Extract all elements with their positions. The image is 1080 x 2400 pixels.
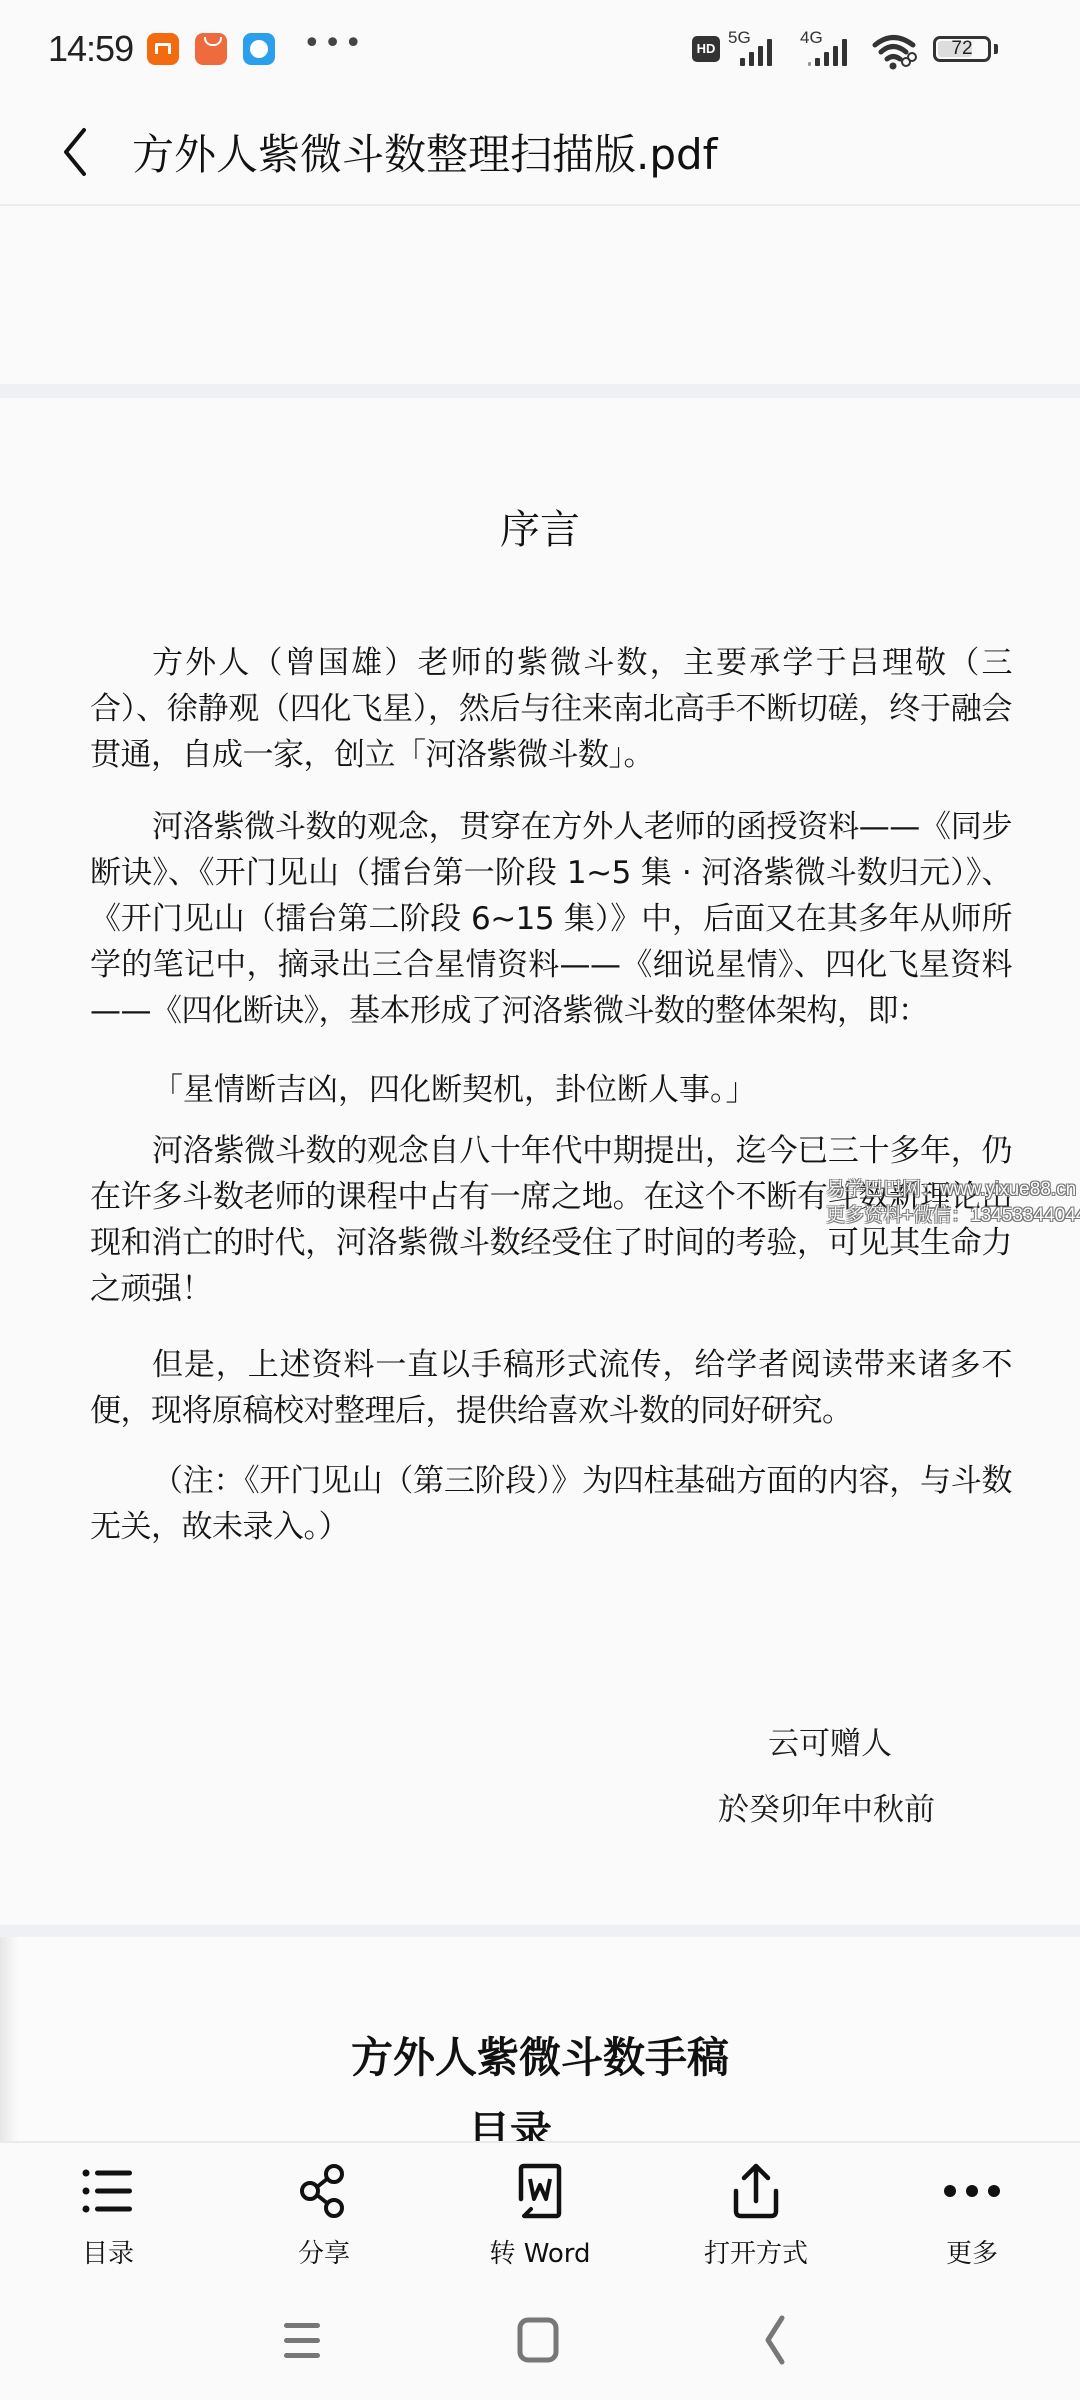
- preface-paragraph-4: 但是，上述资料一直以手稿形式流传，给学者阅读带来诸多不便，现将原稿校对整理后，提…: [90, 1342, 1012, 1434]
- preface-quote: 「星情断吉凶，四化断契机，卦位断人事。」: [152, 1064, 757, 1109]
- mi-app-icon: [147, 33, 179, 65]
- browser-icon: [243, 33, 275, 65]
- page-separator: [0, 1925, 1080, 1937]
- bottom-toolbar: 目录 分享 转 Word 打开方式 更多: [0, 2141, 1080, 2288]
- recents-menu-icon[interactable]: [272, 2310, 332, 2370]
- home-icon[interactable]: [508, 2310, 568, 2370]
- preface-paragraph-1: 方外人（曾国雄）老师的紫微斗数，主要承学于吕理敬（三合）、徐静观（四化飞星），然…: [90, 640, 1012, 778]
- status-icons: HD 5G 4G 72: [680, 28, 1080, 72]
- battery-nub: [994, 44, 998, 54]
- back-nav-icon[interactable]: [744, 2310, 804, 2370]
- list-icon: [80, 2163, 136, 2219]
- watermark-line-2: 更多资料+微信：13453344044: [826, 1200, 1080, 1227]
- system-nav-bar: [0, 2286, 1080, 2400]
- more-label: 更多: [864, 2233, 1080, 2270]
- open-with-icon: [728, 2163, 784, 2219]
- preface-title: 序言: [0, 498, 1080, 555]
- sim2-signal-icon: [808, 38, 847, 66]
- open-with-button[interactable]: 打开方式: [648, 2143, 864, 2288]
- wifi-icon: [872, 32, 918, 72]
- share-button[interactable]: 分享: [216, 2143, 432, 2288]
- signature-date: 於癸卯年中秋前: [718, 1784, 935, 1829]
- status-bar: 14:59 ••• HD 5G 4G 72: [0, 0, 1080, 100]
- clock: 14:59: [48, 28, 133, 70]
- watermark-line-1: 易学巴巴网：www.yixue88.cn: [826, 1174, 1076, 1201]
- signature-author: 云可赠人: [768, 1718, 892, 1763]
- open-with-label: 打开方式: [648, 2233, 864, 2270]
- convert-word-button[interactable]: 转 Word: [432, 2143, 648, 2288]
- more-button[interactable]: 更多: [864, 2143, 1080, 2288]
- more-icon: [942, 2163, 1002, 2219]
- back-arrow-icon[interactable]: [56, 122, 96, 182]
- convert-word-icon: [512, 2163, 568, 2219]
- preface-paragraph-2: 河洛紫微斗数的观念，贯穿在方外人老师的函授资料——《同步断诀》、《开门见山（擂台…: [90, 804, 1012, 1034]
- pdf-page-previous: [0, 206, 1080, 384]
- app-header: 方外人紫微斗数整理扫描版.pdf: [0, 100, 1080, 206]
- pdf-page-preface[interactable]: 序言 方外人（曾国雄）老师的紫微斗数，主要承学于吕理敬（三合）、徐静观（四化飞星…: [0, 398, 1080, 1925]
- hd-voice-icon: HD: [692, 36, 720, 62]
- battery-icon: 72: [933, 36, 991, 62]
- preface-paragraph-5: （注：《开门见山（第三阶段）》为四柱基础方面的内容，与斗数无关，故未录入。）: [90, 1458, 1012, 1550]
- toc-button[interactable]: 目录: [0, 2143, 216, 2288]
- convert-word-label: 转 Word: [432, 2233, 648, 2270]
- document-title: 方外人紫微斗数整理扫描版.pdf: [132, 122, 717, 182]
- notification-overflow-icon: •••: [303, 26, 365, 61]
- share-label: 分享: [216, 2233, 432, 2270]
- toc-label: 目录: [0, 2233, 216, 2270]
- battery-level: 72: [936, 38, 988, 60]
- page-separator: [0, 384, 1080, 398]
- share-icon: [296, 2163, 352, 2219]
- manuscript-title: 方外人紫微斗数手稿: [0, 2025, 1080, 2085]
- pdf-page-contents[interactable]: 方外人紫微斗数手稿 目录: [0, 1937, 1080, 2141]
- mi-store-icon: [195, 33, 227, 65]
- sim1-signal-icon: [740, 38, 772, 66]
